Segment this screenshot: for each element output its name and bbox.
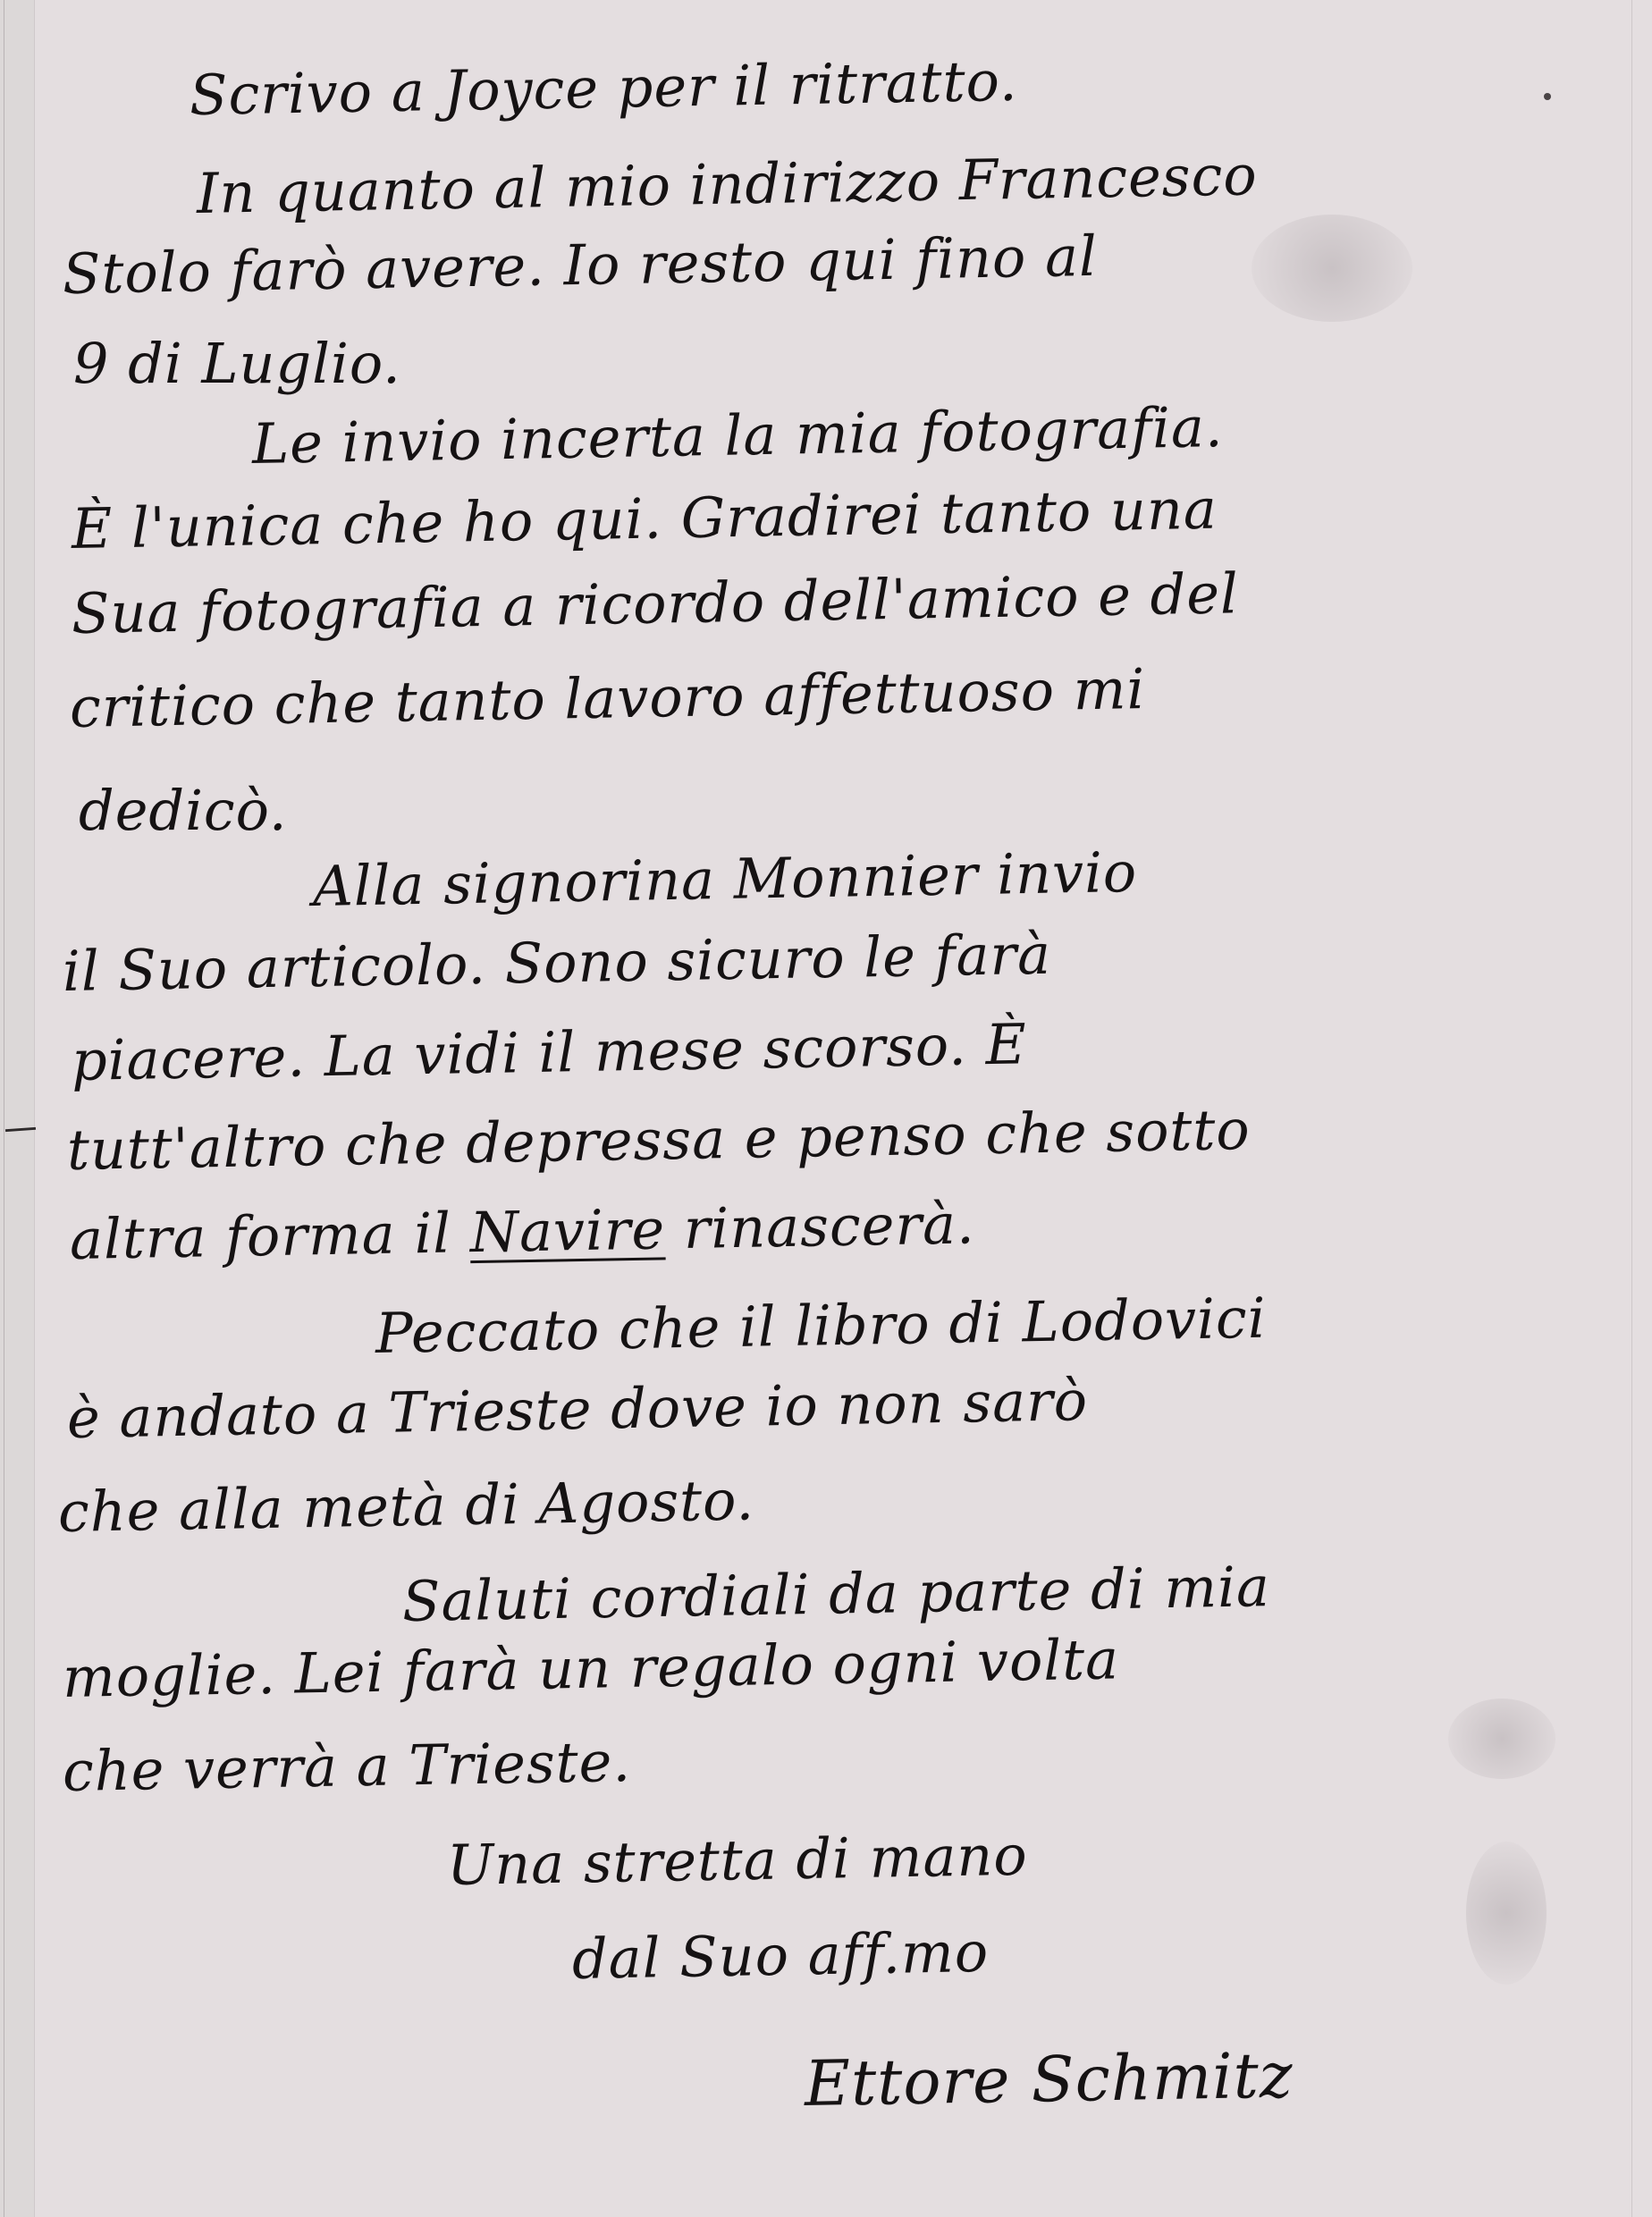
letter-line-10: Alla signorina Monnier invio bbox=[312, 839, 1137, 919]
closing-line-1: Una stretta di mano bbox=[446, 1823, 1028, 1898]
underlined-title-navire: Navire bbox=[469, 1196, 666, 1265]
letter-line-1: Scrivo a Joyce per il ritratto. bbox=[189, 48, 1018, 128]
letter-line-13: tutt'altro che depressa e penso che sott… bbox=[66, 1097, 1251, 1183]
letter-line-18: Saluti cordiali da parte di mia bbox=[401, 1554, 1270, 1634]
letter-line-4: 9 di Luglio. bbox=[73, 331, 401, 396]
letter-line-9: dedicò. bbox=[79, 778, 288, 843]
signature: Ettore Schmitz bbox=[804, 2038, 1294, 2120]
letter-line-20: che verrà a Trieste. bbox=[62, 1729, 631, 1804]
letter-line-11: il Suo articolo. Sono sicuro le farà bbox=[62, 922, 1051, 1004]
letter-line-7: Sua fotografia a ricordo dell'amico e de… bbox=[71, 561, 1239, 646]
letter-line-14-text: altra forma il bbox=[69, 1200, 470, 1272]
letter-line-14-end: rinascerà. bbox=[664, 1191, 975, 1261]
letter-line-16: è andato a Trieste dove io non sarò bbox=[66, 1368, 1088, 1451]
letter-line-3: Stolo farò avere. Io resto qui fino al bbox=[62, 223, 1098, 307]
letter-line-19: moglie. Lei farà un regalo ogni volta bbox=[62, 1626, 1119, 1710]
letter-body: Scrivo a Joyce per il ritratto. In quant… bbox=[0, 0, 1652, 2217]
letter-line-2: In quanto al mio indirizzo Francesco bbox=[196, 142, 1258, 226]
letter-line-14: altra forma il Navire rinascerà. bbox=[69, 1191, 975, 1272]
letter-page: Scrivo a Joyce per il ritratto. In quant… bbox=[0, 0, 1652, 2217]
letter-line-12: piacere. La vidi il mese scorso. È bbox=[71, 1011, 1027, 1093]
letter-line-15: Peccato che il libro di Lodovici bbox=[375, 1286, 1267, 1366]
letter-line-17: che alla metà di Agosto. bbox=[57, 1467, 754, 1545]
letter-line-8: critico che tanto lavoro affettuoso mi bbox=[69, 656, 1146, 740]
letter-line-6: È l'unica che ho qui. Gradirei tanto una bbox=[71, 476, 1218, 561]
letter-line-5: Le invio incerta la mia fotografia. bbox=[251, 394, 1224, 476]
closing-line-2: dal Suo aff.mo bbox=[571, 1919, 989, 1992]
